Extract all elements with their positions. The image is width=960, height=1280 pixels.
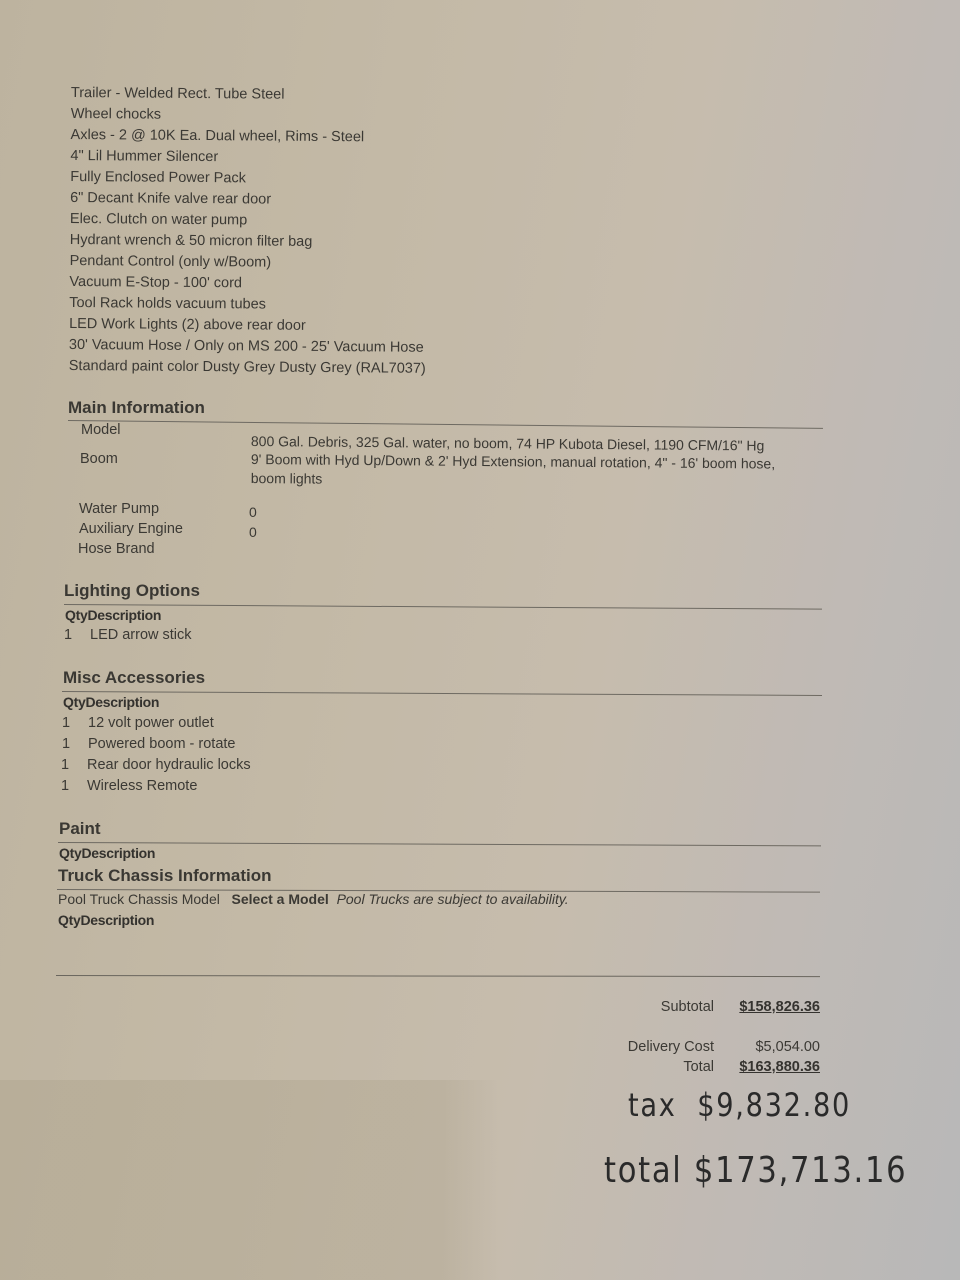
boom-label: Boom xyxy=(80,451,118,467)
qty: 1 xyxy=(62,736,88,752)
subtotal-value: $158,826.36 xyxy=(710,999,820,1015)
qty: 1 xyxy=(61,778,87,794)
total-label: Total xyxy=(574,1059,714,1075)
spec-item: Standard paint color Dusty Grey Dusty Gr… xyxy=(69,356,426,380)
spec-item: Trailer - Welded Rect. Tube Steel xyxy=(71,83,428,107)
section-divider xyxy=(68,420,823,429)
handwritten-tax: tax $9,832.80 xyxy=(628,1086,851,1124)
spec-item: LED Work Lights (2) above rear door xyxy=(69,314,426,338)
qty: 1 xyxy=(64,627,90,643)
description-header: Description xyxy=(85,694,159,710)
boom-value: 9' Boom with Hyd Up/Down & 2' Hyd Extens… xyxy=(251,450,776,493)
misc-row: 1Rear door hydraulic locks xyxy=(61,757,251,773)
spec-item: Hydrant wrench & 50 micron filter bag xyxy=(70,230,427,254)
misc-row: 112 volt power outlet xyxy=(62,715,214,731)
main-information-title: Main Information xyxy=(68,398,205,418)
qty-header: Qty xyxy=(59,845,81,861)
spec-list: Trailer - Welded Rect. Tube Steel Wheel … xyxy=(69,83,428,380)
chassis-model-select[interactable]: Select a Model xyxy=(232,891,329,907)
qty: 1 xyxy=(61,757,87,773)
auxiliary-engine-value: 0 xyxy=(249,523,257,542)
description: Powered boom - rotate xyxy=(88,736,236,752)
auxiliary-engine-label: Auxiliary Engine xyxy=(79,521,183,537)
lighting-row: 1LED arrow stick xyxy=(64,627,192,643)
qty-header: Qty xyxy=(63,694,85,710)
misc-row: 1Wireless Remote xyxy=(61,778,197,794)
hose-brand-label: Hose Brand xyxy=(78,541,155,557)
qty-header: Qty xyxy=(58,912,80,928)
water-pump-value: 0 xyxy=(249,503,257,522)
spec-item: Elec. Clutch on water pump xyxy=(70,209,427,233)
spec-item: Fully Enclosed Power Pack xyxy=(70,167,427,191)
description: Rear door hydraulic locks xyxy=(87,757,251,773)
spec-item: Pendant Control (only w/Boom) xyxy=(70,251,427,275)
delivery-cost-value: $5,054.00 xyxy=(710,1039,820,1055)
chassis-column-headers: QtyDescription xyxy=(58,912,154,928)
description: Wireless Remote xyxy=(87,778,197,794)
spec-item: 4" Lil Hummer Silencer xyxy=(70,146,427,170)
misc-accessories-title: Misc Accessories xyxy=(63,668,205,688)
misc-column-headers: QtyDescription xyxy=(63,694,159,710)
handwritten-total-value: $173,713.16 xyxy=(694,1150,907,1191)
totals-divider xyxy=(56,975,820,977)
handwritten-total: total $173,713.16 xyxy=(604,1150,907,1191)
spec-item: Wheel chocks xyxy=(71,104,428,128)
misc-row: 1Powered boom - rotate xyxy=(62,736,236,752)
paint-column-headers: QtyDescription xyxy=(59,845,155,861)
lighting-column-headers: QtyDescription xyxy=(65,607,161,623)
qty-header: Qty xyxy=(65,607,87,623)
section-divider xyxy=(64,604,822,610)
delivery-cost-label: Delivery Cost xyxy=(574,1039,714,1055)
description: LED arrow stick xyxy=(90,627,192,643)
description-header: Description xyxy=(80,912,154,928)
chassis-model-row: Pool Truck Chassis Model Select a Model … xyxy=(58,891,569,907)
water-pump-label: Water Pump xyxy=(79,501,159,517)
handwritten-total-label: total xyxy=(604,1150,682,1191)
total-value: $163,880.36 xyxy=(710,1059,820,1075)
handwritten-tax-label: tax xyxy=(628,1086,677,1124)
spec-item: 30' Vacuum Hose / Only on MS 200 - 25' V… xyxy=(69,335,426,359)
section-divider xyxy=(62,691,822,696)
description-header: Description xyxy=(81,845,155,861)
section-divider xyxy=(58,842,821,846)
chassis-availability-note: Pool Trucks are subject to availability. xyxy=(337,891,569,907)
chassis-model-label: Pool Truck Chassis Model xyxy=(58,891,220,907)
spec-item: Vacuum E-Stop - 100' cord xyxy=(69,272,426,296)
truck-chassis-title: Truck Chassis Information xyxy=(58,866,272,886)
spec-item: Tool Rack holds vacuum tubes xyxy=(69,293,426,317)
lighting-options-title: Lighting Options xyxy=(64,581,200,601)
subtotal-label: Subtotal xyxy=(574,999,714,1015)
description-header: Description xyxy=(87,607,161,623)
spec-item: 6" Decant Knife valve rear door xyxy=(70,188,427,212)
model-label: Model xyxy=(81,422,121,438)
qty: 1 xyxy=(62,715,88,731)
handwritten-tax-value: $9,832.80 xyxy=(697,1086,851,1124)
description: 12 volt power outlet xyxy=(88,715,214,731)
spec-item: Axles - 2 @ 10K Ea. Dual wheel, Rims - S… xyxy=(71,125,428,149)
paint-title: Paint xyxy=(59,819,101,839)
